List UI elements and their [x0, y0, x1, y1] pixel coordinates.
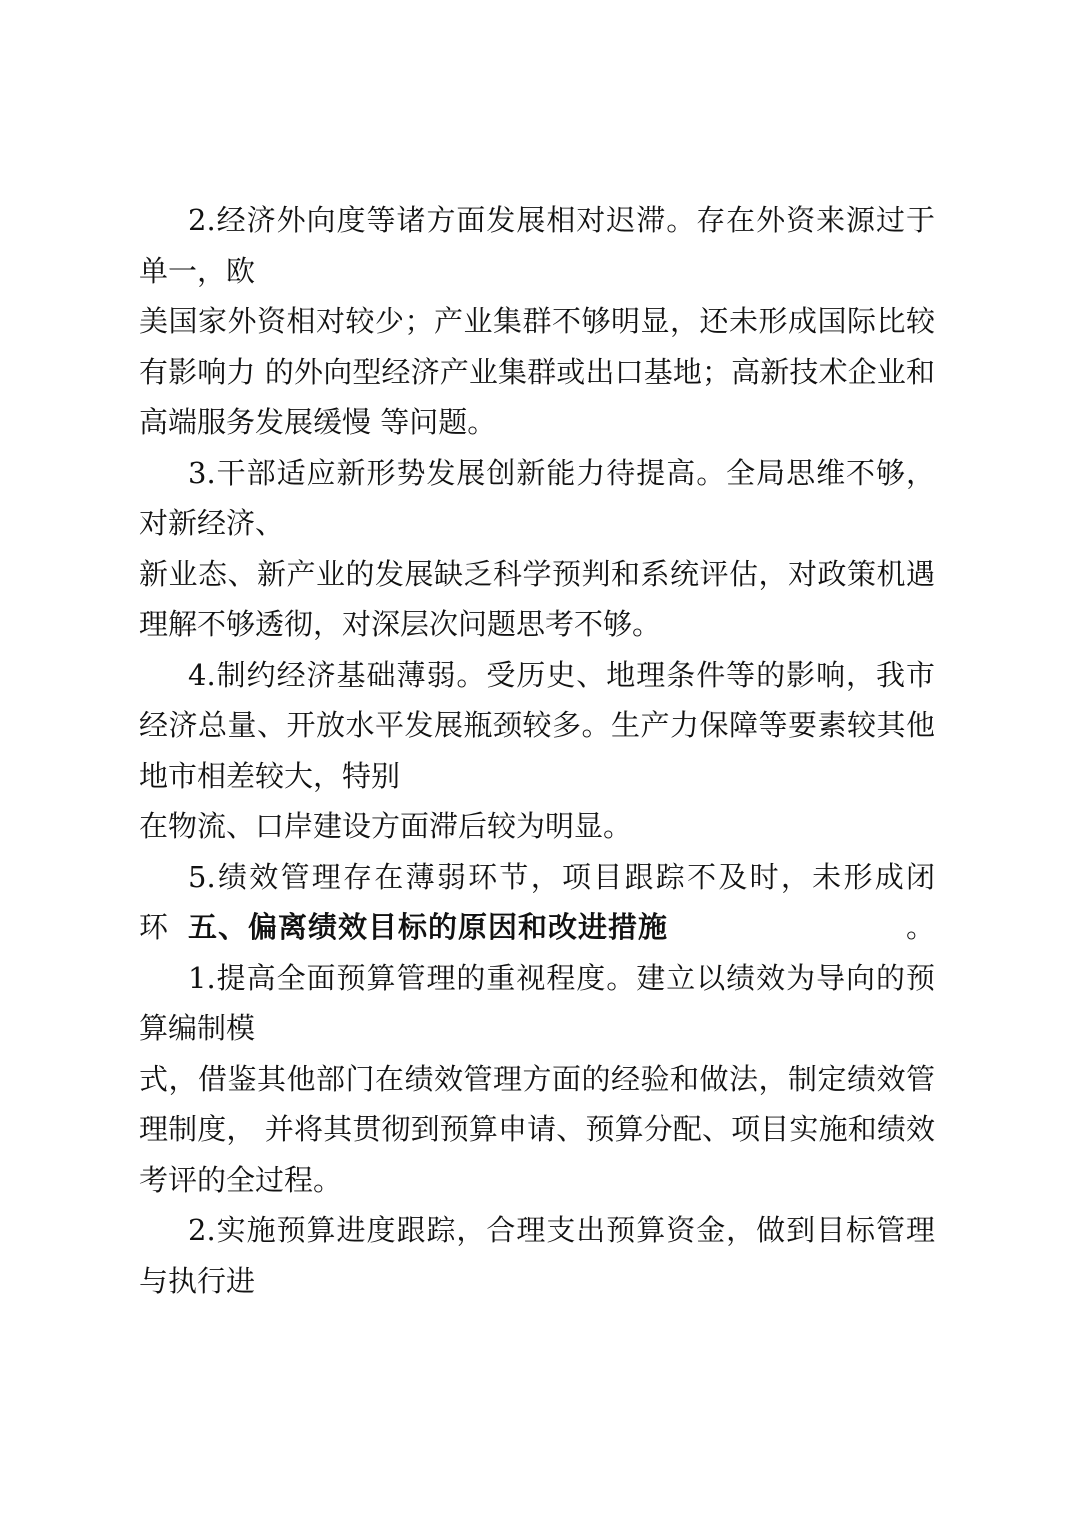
text-line: 与执行进 [139, 1256, 935, 1307]
text-line: 2.实施预算进度跟踪，合理支出预算资金，做到目标管理 [139, 1205, 935, 1256]
text-line: 理制度， 并将其贯彻到预算申请、预算分配、项目实施和绩效 [139, 1104, 935, 1155]
text-line: 算编制模 [139, 1003, 935, 1054]
text-line: 考评的全过程。 [139, 1155, 935, 1206]
text-line: 在物流、口岸建设方面滞后较为明显。 [139, 801, 935, 852]
document-content: 2.经济外向度等诸方面发展相对迟滞。存在外资来源过于单一，欧美国家外资相对较少；… [139, 195, 935, 1306]
text-line: 经济总量、开放水平发展瓶颈较多。生产力保障等要素较其他 [139, 700, 935, 751]
text-line: 1.提高全面预算管理的重视程度。建立以绩效为导向的预 [139, 953, 935, 1004]
text-line: 5.绩效管理存在薄弱环节，项目跟踪不及时，未形成闭环。 [139, 852, 935, 903]
text-line: 单一，欧 [139, 246, 935, 297]
text-line: 美国家外资相对较少；产业集群不够明显，还未形成国际比较 [139, 296, 935, 347]
text-line: 3.干部适应新形势发展创新能力待提高。全局思维不够， [139, 448, 935, 499]
text-line: 理解不够透彻，对深层次问题思考不够。 [139, 599, 935, 650]
text-line: 2.经济外向度等诸方面发展相对迟滞。存在外资来源过于 [139, 195, 935, 246]
text-line: 地市相差较大，特别 [139, 751, 935, 802]
document-page: 2.经济外向度等诸方面发展相对迟滞。存在外资来源过于单一，欧美国家外资相对较少；… [0, 0, 1074, 1520]
text-line: 式，借鉴其他部门在绩效管理方面的经验和做法，制定绩效管 [139, 1054, 935, 1105]
text-line: 对新经济、 [139, 498, 935, 549]
text-line: 新业态、新产业的发展缺乏科学预判和系统评估，对政策机遇 [139, 549, 935, 600]
text-line: 有影响力 的外向型经济产业集群或出口基地；高新技术企业和 [139, 347, 935, 398]
text-line: 4.制约经济基础薄弱。受历史、地理条件等的影响，我市 [139, 650, 935, 701]
text-line: 高端服务发展缓慢 等问题。 [139, 397, 935, 448]
